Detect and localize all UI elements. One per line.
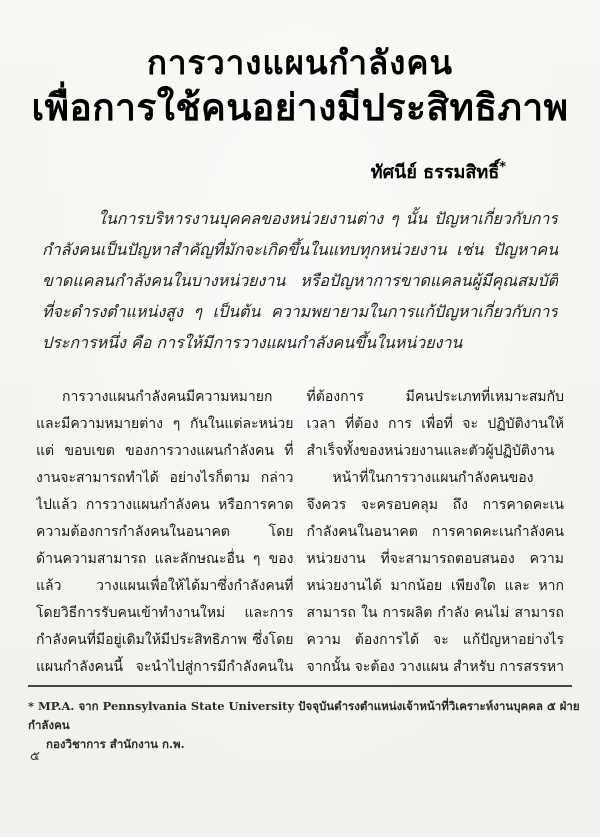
text-line: แต่ ขอบเขต ของการวางแผนกำลังคน ที่แต่ละห… [36, 438, 294, 465]
text-line: เวลา ที่ต้อง การ เพื่อที่ จะ ปฏิบัติงานใ… [307, 411, 565, 438]
text-line: และมีความหมายต่าง ๆ กันในแต่ละหน่วยงาน แ… [36, 411, 294, 438]
footnote-divider [28, 685, 572, 687]
left-column: การวางแผนกำลังคนมีความหมายกว้างขวางและมี… [36, 384, 294, 681]
title-line-2: เพื่อการใช้คนอย่างมีประสิทธิภาพ [0, 84, 600, 132]
text-line: กำลังคนในอนาคต การคาดคะเนกำลังคนภายนอก [307, 519, 565, 546]
scanned-article-page: การวางแผนกำลังคน เพื่อการใช้คนอย่างมีประ… [0, 0, 600, 837]
text-line: กำลังคนที่มีอยู่เดิมให้มีประสิทธิภาพ ซึ่… [36, 627, 294, 654]
page-number: ๕ [30, 745, 40, 766]
text-line: จึงควร จะครอบคลุม ถึง การคาดคะเน ความต้อ… [307, 492, 565, 519]
author-row: ทัศนีย์ ธรรมสิทธิ์* [0, 157, 506, 186]
right-column: ที่ต้องการ มีคนประเภทที่เหมาะสมกับตำแหน่… [307, 384, 565, 681]
text-line: สามารถ ใน การผลิต กำลัง คนไม่ สามารถ จะ … [307, 600, 565, 627]
text-line: ไปแล้ว การวางแผนกำลังคน หรือการคาดคะเน [36, 492, 294, 519]
footnote-text-1: MP.A. จาก Pennsylvania State University … [28, 699, 580, 732]
text-line: หน้าที่ในการวางแผนกำลังคนของหน่วยงาน [307, 465, 565, 492]
text-line: การวางแผนกำลังคนมีความหมายกว้างขวาง [36, 384, 294, 411]
text-line: กำลังคนเป็นปัญหาสำคัญที่มักจะเกิดขึ้นในแ… [42, 234, 558, 265]
text-line: งานจะสามารถทำได้ อย่างไรก็ตาม กล่าวโดยทั… [36, 465, 294, 492]
text-line: ในการบริหารงานบุคคลของหน่วยงานต่าง ๆ นั้… [42, 203, 558, 234]
text-line: ความ ต้องการได้ จะ แก้ปัญหาอย่างไร นอก [307, 627, 565, 654]
text-line: ประการหนึ่ง คือ การให้มีการวางแผนกำลังคน… [42, 327, 558, 358]
article-title: การวางแผนกำลังคน เพื่อการใช้คนอย่างมีประ… [0, 42, 600, 132]
footnote-line-1: * MP.A. จาก Pennsylvania State Universit… [28, 697, 580, 735]
text-line: ที่ต้องการ มีคนประเภทที่เหมาะสมกับตำแหน่… [307, 384, 565, 411]
text-line: โดยวิธีการรับคนเข้าทำงานใหม่ และการพัฒนา [36, 600, 294, 627]
footnote: * MP.A. จาก Pennsylvania State Universit… [28, 697, 580, 754]
text-line: แผนกำลังคนนี้ จะนำไปสู่การมีกำลังคนในจำน… [36, 654, 294, 681]
text-line: แล้ว วางแผนเพื่อให้ได้มาซึ่งกำลังคนที่ต้… [36, 573, 294, 600]
text-line: ขาดแคลนกำลังคนในบางหน่วยงาน หรือปัญหาการ… [42, 265, 558, 296]
text-line: หน่วยงานได้ มากน้อย เพียงใด และ หากความ [307, 573, 565, 600]
text-line: ด้านความสามารถ และลักษณะอื่น ๆ ของกำลังค… [36, 546, 294, 573]
author-footnote-mark: * [499, 160, 506, 175]
footnote-line-2: กองวิชาการ สำนักงาน ก.พ. [28, 735, 580, 754]
footnote-marker: * [28, 699, 34, 713]
author-name: ทัศนีย์ ธรรมสิทธิ์ [371, 162, 499, 183]
title-line-1: การวางแผนกำลังคน [0, 42, 600, 84]
text-line: ที่จะดำรงตำแหน่งสูง ๆ เป็นต้น ความพยายาม… [42, 296, 558, 327]
text-line: สำเร็จทั้งของหน่วยงานและตัวผู้ปฏิบัติงาน… [307, 438, 565, 465]
text-line: จากนั้น จะต้อง วางแผน สำหรับ การสรรหา แล… [307, 654, 565, 681]
body-columns: การวางแผนกำลังคนมีความหมายกว้างขวางและมี… [36, 384, 564, 681]
text-line: หน่วยงาน ที่จะสามารถตอบสนอง ความต้องการข… [307, 546, 565, 573]
text-line: ความต้องการกำลังคนในอนาคต โดยวิเคราะห์ใน [36, 519, 294, 546]
abstract-paragraph: ในการบริหารงานบุคคลของหน่วยงานต่าง ๆ นั้… [42, 203, 558, 358]
